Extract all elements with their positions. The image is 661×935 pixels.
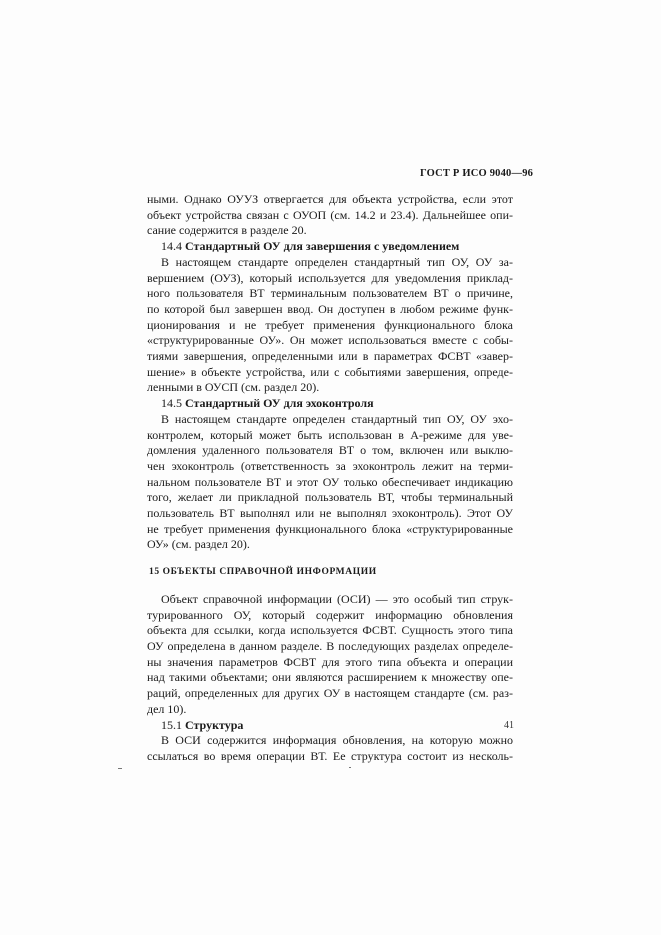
text-line: объект устройства связан с ОУОП (см. 14.…	[147, 208, 513, 224]
text-line: турированного ОУ, который содержит инфор…	[147, 608, 513, 624]
text-line: сание содержится в разделе 20.	[147, 223, 513, 239]
paragraph-14-5: В настоящем стандарте определен стандарт…	[147, 412, 513, 553]
page-number: 41	[504, 720, 514, 731]
text-line: нальном пользователе ВТ и этот ОУ только…	[147, 475, 513, 491]
scan-artifact-mark	[349, 767, 351, 768]
text-line: шение» в объекте устройства, или с событ…	[147, 365, 513, 381]
subsection-heading-14-5: 14.5 Стандартный ОУ для эхоконтроля	[147, 396, 513, 412]
text-line: вершением (ОУЗ), который используется дл…	[147, 271, 513, 287]
text-line: ционирования и не требует применения фун…	[147, 318, 513, 334]
text-line: домления удаленного пользователя ВТ о то…	[147, 443, 513, 459]
text-line: ссылаться во время операции ВТ. Ее струк…	[147, 749, 513, 765]
subsection-number: 14.5	[161, 396, 185, 410]
subsection-number: 15.1	[161, 718, 185, 732]
text-line: ОУ определена в данном разделе. В послед…	[147, 639, 513, 655]
text-line: В настоящем стандарте определен стандарт…	[147, 412, 513, 428]
text-line: контролем, который может быть использова…	[147, 428, 513, 444]
text-line: по которой был завершен ввод. Он доступе…	[147, 302, 513, 318]
subsection-title: Стандартный ОУ для эхоконтроля	[185, 396, 374, 410]
section-heading-15: 15 ОБЪЕКТЫ СПРАВОЧНОЙ ИНФОРМАЦИИ	[147, 565, 513, 581]
subsection-title: Стандартный ОУ для завершения с уведомле…	[185, 239, 459, 253]
text-line: раций, определенных для других ОУ в наст…	[147, 686, 513, 702]
text-line: тиями завершения, определенными или в па…	[147, 349, 513, 365]
text-line: дел 10).	[147, 702, 513, 718]
text-line: не требует применения функционального бл…	[147, 522, 513, 538]
paragraph-14-4: В настоящем стандарте определен стандарт…	[147, 255, 513, 396]
subsection-title: Структура	[185, 718, 243, 732]
document-header: ГОСТ Р ИСО 9040—96	[420, 168, 533, 179]
text-line: ного пользователя ВТ терминальным пользо…	[147, 286, 513, 302]
text-line: объекта для ссылки, когда используется Ф…	[147, 623, 513, 639]
text-line: пользователь ВТ выполнял или не выполнял…	[147, 506, 513, 522]
subsection-heading-15-1: 15.1 Структура	[147, 718, 513, 734]
subsection-number: 14.4	[161, 239, 185, 253]
text-line: ОУ» (см. раздел 20).	[147, 537, 513, 553]
scan-artifact-mark	[118, 768, 122, 769]
paragraph-15: Объект справочной информации (ОСИ) — это…	[147, 592, 513, 718]
paragraph-continuation: ными. Однако ОУУЗ отвергается для объект…	[147, 192, 513, 239]
text-line: В ОСИ содержится информация обновления, …	[147, 733, 513, 749]
text-line: ленными в ОУСП (см. раздел 20).	[147, 380, 513, 396]
text-line: «структурированные ОУ». Он может использ…	[147, 333, 513, 349]
text-line: над такими объектами; они являются расши…	[147, 670, 513, 686]
text-line: ны значения параметров ФСВТ для этого ти…	[147, 655, 513, 671]
text-line: Объект справочной информации (ОСИ) — это…	[147, 592, 513, 608]
text-line: ными. Однако ОУУЗ отвергается для объект…	[147, 192, 513, 208]
text-line: того, желает ли прикладной пользователь …	[147, 490, 513, 506]
text-line: В настоящем стандарте определен стандарт…	[147, 255, 513, 271]
paragraph-15-1: В ОСИ содержится информация обновления, …	[147, 733, 513, 764]
subsection-heading-14-4: 14.4 Стандартный ОУ для завершения с уве…	[147, 239, 513, 255]
text-line: чен эхоконтроль (ответственность за эхок…	[147, 459, 513, 475]
page-body: ными. Однако ОУУЗ отвергается для объект…	[147, 192, 513, 765]
